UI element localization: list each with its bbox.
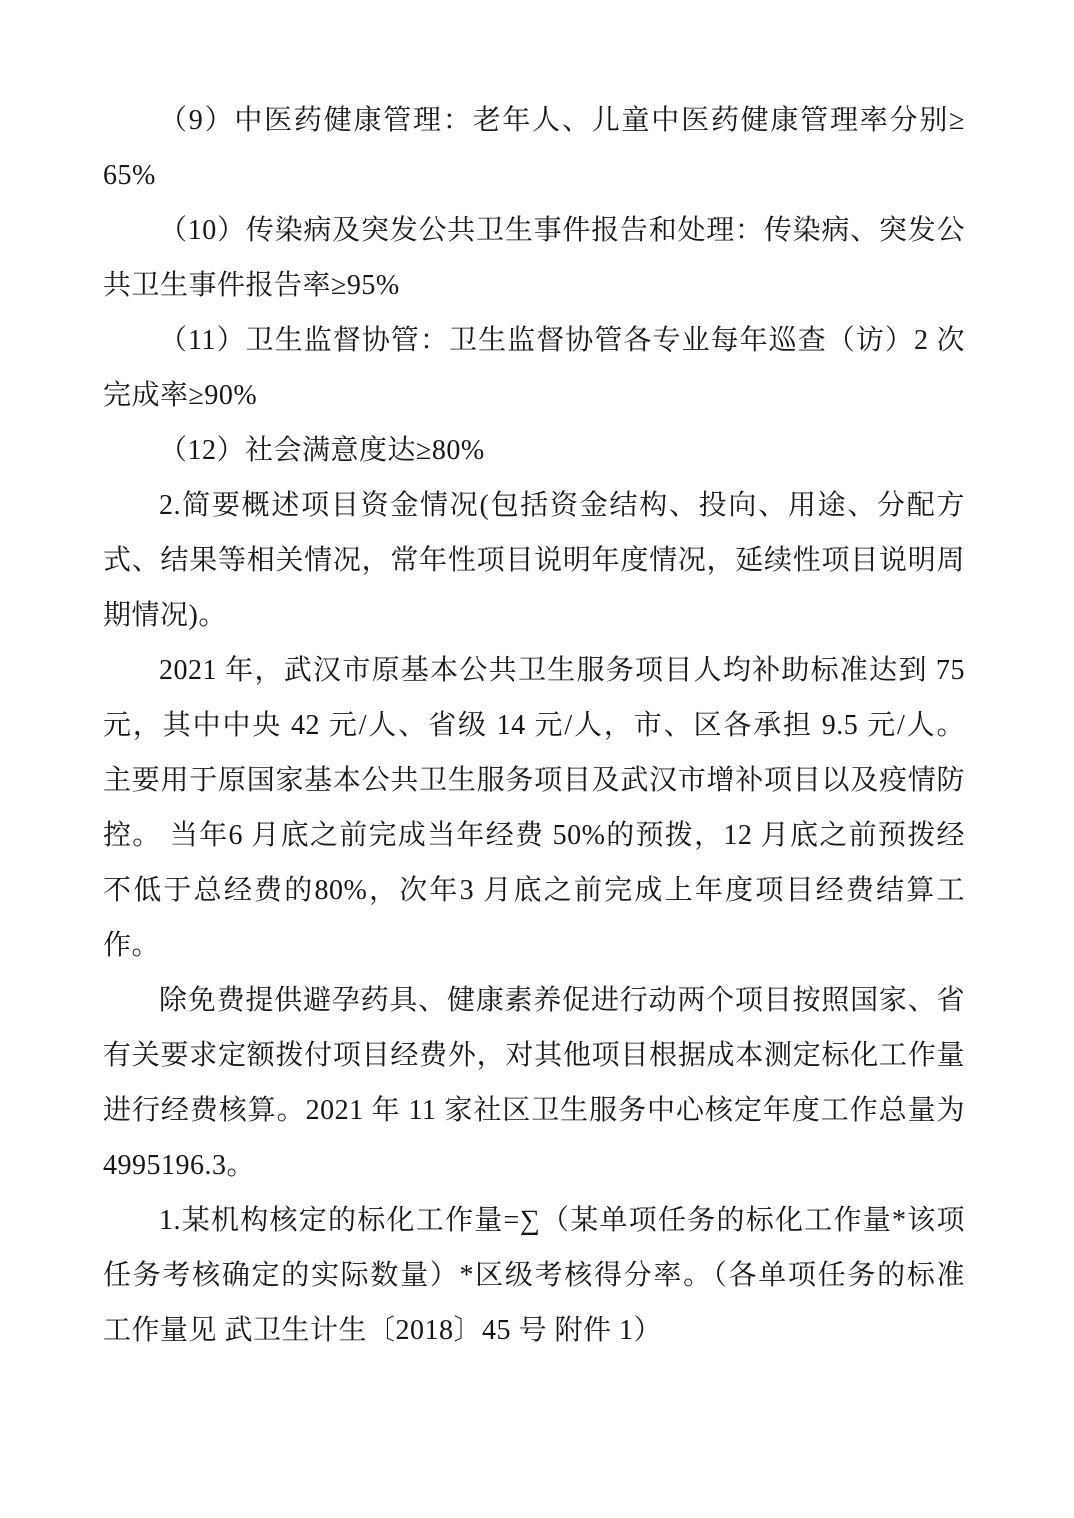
- document-page: （9）中医药健康管理：老年人、儿童中医药健康管理率分别≥ 65% （10）传染病…: [0, 0, 1074, 1518]
- text-line: 主要用于原国家基本公共卫生服务项目及武汉市增补项目以及疫情防: [103, 753, 965, 808]
- paragraph: （12）社会满意度达≥80%: [103, 423, 965, 478]
- text-line: 有关要求定额拨付项目经费外，对其他项目根据成本测定标化工作量: [103, 1028, 965, 1083]
- text-line: 进行经费核算。2021 年 11 家社区卫生服务中心核定年度工作总量为: [103, 1083, 965, 1138]
- text-line: 65%: [103, 148, 965, 203]
- paragraph: （9）中医药健康管理：老年人、儿童中医药健康管理率分别≥ 65%: [103, 93, 965, 203]
- text-line: 式、结果等相关情况，常年性项目说明年度情况，延续性项目说明周: [103, 533, 965, 588]
- text-line: 控。 当年6 月底之前完成当年经费 50%的预拨，12 月底之前预拨经费: [103, 808, 965, 863]
- text-line: 2.简要概述项目资金情况(包括资金结构、投向、用途、分配方: [103, 478, 965, 533]
- text-line: 工作量见 武卫生计生〔2018〕45 号 附件 1）: [103, 1303, 965, 1358]
- text-line: 完成率≥90%: [103, 368, 965, 423]
- text-line: 元，其中中央 42 元/人、省级 14 元/人，市、区各承担 9.5 元/人。: [103, 698, 965, 753]
- paragraph: 2021 年，武汉市原基本公共卫生服务项目人均补助标准达到 75 元，其中中央 …: [103, 643, 965, 973]
- text-line: （11）卫生监督协管：卫生监督协管各专业每年巡查（访）2 次: [103, 313, 965, 368]
- paragraph: （11）卫生监督协管：卫生监督协管各专业每年巡查（访）2 次 完成率≥90%: [103, 313, 965, 423]
- text-line: 1.某机构核定的标化工作量=∑（某单项任务的标化工作量*该项: [103, 1193, 965, 1248]
- text-line: 任务考核确定的实际数量）*区级考核得分率。（各单项任务的标准: [103, 1248, 965, 1303]
- text-line: 期情况)。: [103, 588, 965, 643]
- text-line: （9）中医药健康管理：老年人、儿童中医药健康管理率分别≥: [103, 93, 965, 148]
- text-line: 不低于总经费的80%，次年3 月底之前完成上年度项目经费结算工: [103, 863, 965, 918]
- text-block: （9）中医药健康管理：老年人、儿童中医药健康管理率分别≥ 65% （10）传染病…: [103, 93, 965, 1358]
- paragraph: 2.简要概述项目资金情况(包括资金结构、投向、用途、分配方 式、结果等相关情况，…: [103, 478, 965, 643]
- paragraph: 1.某机构核定的标化工作量=∑（某单项任务的标化工作量*该项 任务考核确定的实际…: [103, 1193, 965, 1358]
- text-line: （10）传染病及突发公共卫生事件报告和处理：传染病、突发公: [103, 203, 965, 258]
- text-line: 4995196.3。: [103, 1138, 965, 1193]
- text-line: 2021 年，武汉市原基本公共卫生服务项目人均补助标准达到 75: [103, 643, 965, 698]
- text-line: 共卫生事件报告率≥95%: [103, 258, 965, 313]
- text-line: 作。: [103, 918, 965, 973]
- text-line: 除免费提供避孕药具、健康素养促进行动两个项目按照国家、省: [103, 973, 965, 1028]
- paragraph: 除免费提供避孕药具、健康素养促进行动两个项目按照国家、省 有关要求定额拨付项目经…: [103, 973, 965, 1193]
- text-line: （12）社会满意度达≥80%: [103, 423, 965, 478]
- paragraph: （10）传染病及突发公共卫生事件报告和处理：传染病、突发公 共卫生事件报告率≥9…: [103, 203, 965, 313]
